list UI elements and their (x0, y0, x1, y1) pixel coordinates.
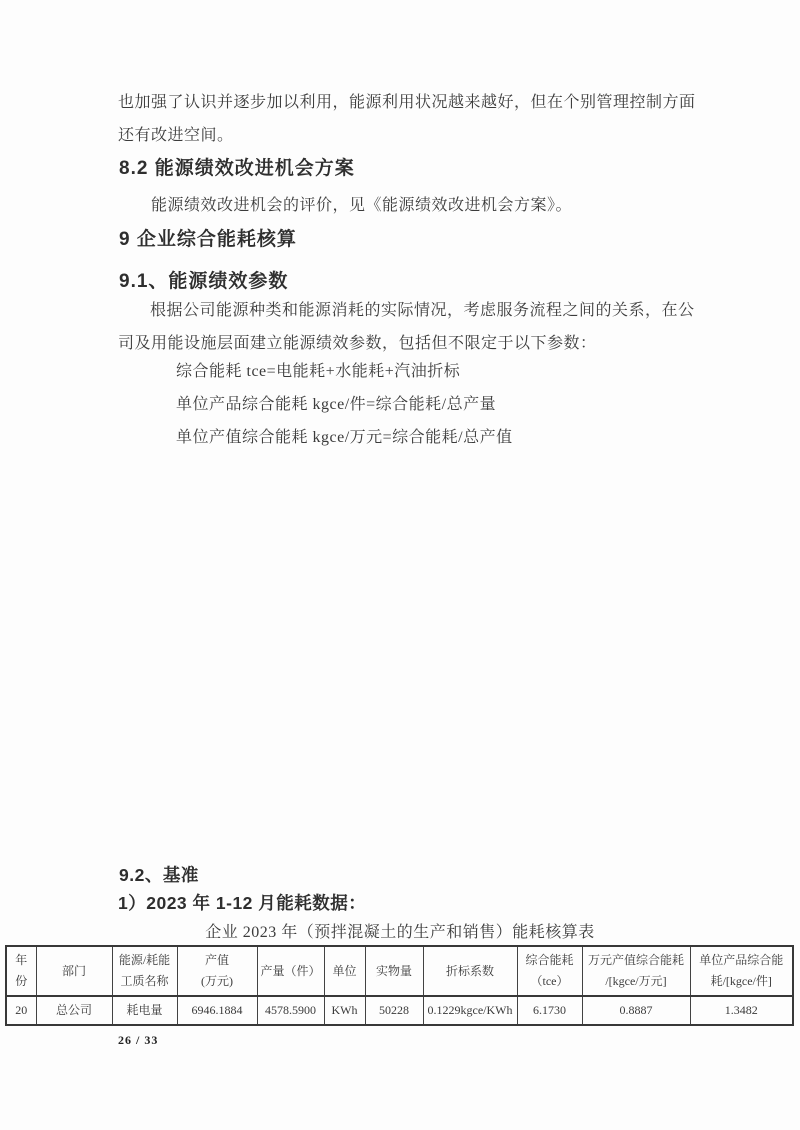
header-line: 折标系数 (425, 961, 516, 982)
header-line: 综合能耗 (519, 950, 581, 971)
header-line: 单位产品综合能 (692, 950, 792, 971)
table-title: 企业 2023 年（预拌混凝土的生产和销售）能耗核算表 (0, 919, 800, 942)
cell-energy-per-unit-product: 1.3482 (690, 996, 793, 1025)
header-line: 万元产值综合能耗 (584, 950, 689, 971)
header-line: (万元) (179, 971, 256, 992)
cell-conversion-factor: 0.1229kgce/KWh (423, 996, 517, 1025)
header-line: 工质名称 (114, 971, 176, 992)
energy-accounting-table: 年 份 部门 能源/耗能 工质名称 产值 (万元) 产量（件） (5, 945, 794, 1026)
heading-9-1: 9.1、能源绩效参数 (119, 266, 288, 293)
header-line: 实物量 (367, 961, 422, 982)
header-energy-per-unit-product: 单位产品综合能 耗/[kgce/件] (690, 946, 793, 996)
header-department: 部门 (36, 946, 112, 996)
header-unit: 单位 (324, 946, 365, 996)
cell-output-value: 6946.1884 (177, 996, 257, 1025)
cell-year: 20 (6, 996, 36, 1025)
header-conversion-factor: 折标系数 (423, 946, 517, 996)
formula-list: 综合能耗 tce=电能耗+水能耗+汽油折标 单位产品综合能耗 kgce/件=综合… (176, 355, 513, 454)
header-line: 份 (8, 971, 35, 992)
formula-line: 单位产品综合能耗 kgce/件=综合能耗/总产量 (176, 388, 513, 421)
cell-output-quantity: 4578.5900 (257, 996, 324, 1025)
header-line: 单位 (326, 961, 364, 982)
header-line: （tce） (519, 971, 581, 992)
heading-9-2: 9.2、基准 (119, 862, 199, 887)
heading-8-2: 8.2 能源绩效改进机会方案 (119, 153, 355, 180)
header-year: 年 份 (6, 946, 36, 996)
header-line: 年 (8, 950, 35, 971)
cell-department: 总公司 (36, 996, 112, 1025)
header-comprehensive-energy: 综合能耗 （tce） (517, 946, 582, 996)
header-physical-quantity: 实物量 (365, 946, 423, 996)
header-line: 耗/[kgce/件] (692, 971, 792, 992)
header-energy-type: 能源/耗能 工质名称 (112, 946, 177, 996)
cell-physical-quantity: 50228 (365, 996, 423, 1025)
paragraph-8-2: 能源绩效改进机会的评价，见《能源绩效改进机会方案》。 (151, 189, 711, 222)
header-line: 能源/耗能 (114, 950, 176, 971)
paragraph-9-1: 根据公司能源种类和能源消耗的实际情况，考虑服务流程之间的关系，在公司及用能设施层… (118, 294, 696, 360)
cell-energy-per-10k-yuan: 0.8887 (582, 996, 690, 1025)
paragraph-continuation: 也加强了认识并逐步加以利用，能源利用状况越来越好，但在个别管理控制方面还有改进空… (118, 86, 696, 152)
formula-line: 综合能耗 tce=电能耗+水能耗+汽油折标 (176, 355, 513, 388)
header-line: 产值 (179, 950, 256, 971)
cell-unit: KWh (324, 996, 365, 1025)
cell-comprehensive-energy: 6.1730 (517, 996, 582, 1025)
header-line: /[kgce/万元] (584, 971, 689, 992)
document-page: 也加强了认识并逐步加以利用，能源利用状况越来越好，但在个别管理控制方面还有改进空… (0, 0, 800, 1130)
formula-line: 单位产值综合能耗 kgce/万元=综合能耗/总产值 (176, 421, 513, 454)
header-line: 产量（件） (259, 961, 323, 982)
header-output-quantity: 产量（件） (257, 946, 324, 996)
cell-energy-type: 耗电量 (112, 996, 177, 1025)
heading-9: 9 企业综合能耗核算 (119, 224, 297, 251)
header-energy-per-10k-yuan: 万元产值综合能耗 /[kgce/万元] (582, 946, 690, 996)
table-header-row: 年 份 部门 能源/耗能 工质名称 产值 (万元) 产量（件） (6, 946, 793, 996)
header-output-value: 产值 (万元) (177, 946, 257, 996)
heading-9-2-item: 1）2023 年 1-12 月能耗数据： (118, 890, 366, 915)
page-number: 26 / 33 (118, 1033, 158, 1048)
table-data-row: 20 总公司 耗电量 6946.1884 4578.5900 KWh 50228… (6, 996, 793, 1025)
header-line: 部门 (38, 961, 111, 982)
